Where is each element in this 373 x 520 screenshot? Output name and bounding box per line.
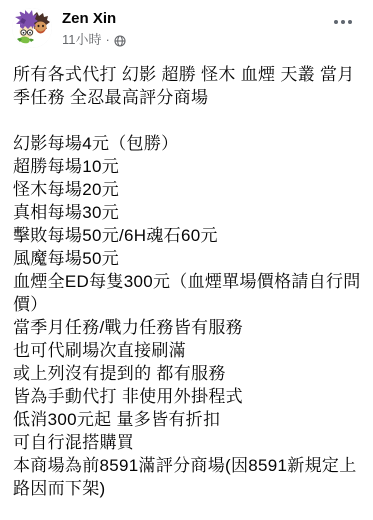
post-timestamp[interactable]: 11小時: [62, 31, 102, 48]
profile-avatar[interactable]: [12, 8, 52, 48]
post-text-line: [13, 109, 361, 132]
post-meta: 11小時 ·: [62, 31, 126, 48]
cartoon-duo-avatar-image: [12, 8, 52, 48]
post-text-line: 本商場為前8591滿評分商場(因8591新規定上路因而下架): [13, 454, 361, 500]
post-header-text: Zen Xin 11小時 ·: [62, 8, 126, 48]
globe-icon: [114, 34, 126, 46]
ellipsis-icon: [334, 20, 338, 24]
meta-separator: ·: [106, 31, 110, 48]
post-text-line: 超勝每場10元: [13, 155, 361, 178]
author-name[interactable]: Zen Xin: [62, 9, 126, 29]
facebook-post: { "header": { "author": "Zen Xin", "time…: [0, 0, 373, 520]
post-text-line: 怪木每場20元: [13, 178, 361, 201]
post-text-line: 擊敗每場50元/6H魂石60元: [13, 224, 361, 247]
post-text-line: 可自行混搭購買: [13, 431, 361, 454]
post-text-line: 真相每場30元: [13, 201, 361, 224]
post-text-line: 風魔每場50元: [13, 247, 361, 270]
post-text-line: 血煙全ED每隻300元（血煙單場價格請自行問價）: [13, 270, 361, 316]
post-text-line: 皆為手動代打 非使用外掛程式: [13, 385, 361, 408]
post-text-line: 低消300元起 量多皆有折扣: [13, 408, 361, 431]
post-body: 所有各式代打 幻影 超勝 怪木 血煙 天叢 當月季任務 全忍最高評分商場 幻影每…: [0, 48, 373, 500]
post-text-line: 所有各式代打 幻影 超勝 怪木 血煙 天叢 當月季任務 全忍最高評分商場: [13, 63, 361, 109]
post-header: Zen Xin 11小時 ·: [0, 0, 373, 48]
post-text-line: 幻影每場4元（包勝）: [13, 132, 361, 155]
post-text-line: 或上列沒有提到的 都有服務: [13, 362, 361, 385]
post-text-line: 當季月任務/戰力任務皆有服務: [13, 316, 361, 339]
post-text-line: 也可代刷場次直接刷滿: [13, 339, 361, 362]
post-menu-button[interactable]: [329, 10, 357, 34]
